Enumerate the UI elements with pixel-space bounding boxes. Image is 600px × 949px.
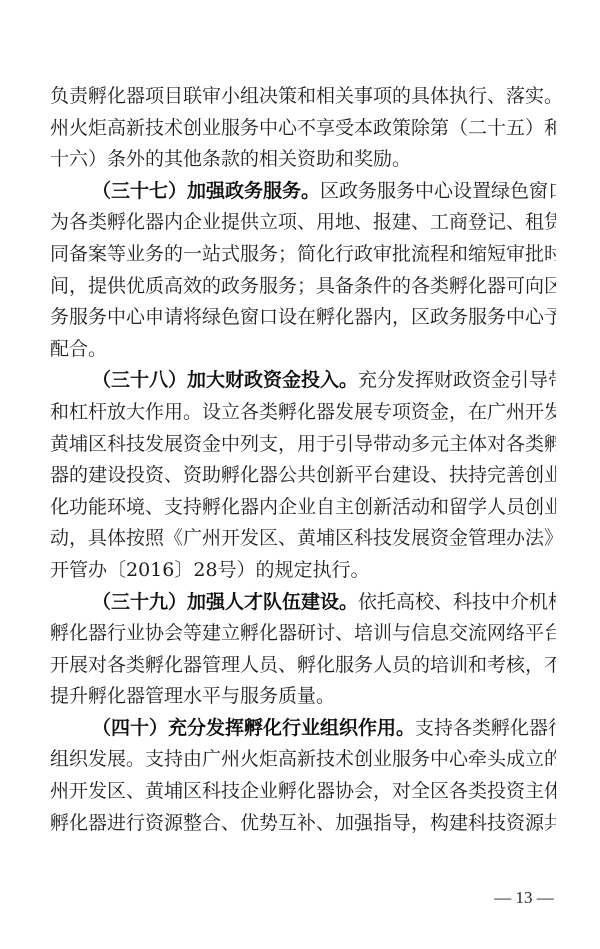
text-line: 组织发展。支持由广州火炬高新技术创业服务中心牵头成立的广: [50, 744, 556, 776]
text-line: 化功能环境、支持孵化器内企业自主创新活动和留学人员创业活: [50, 492, 556, 524]
section-37-first-line: （三十七）加强政务服务。区政务服务中心设置绿色窗口，: [50, 176, 556, 208]
section-38-text: 充分发挥财政资金引导带动: [358, 369, 556, 391]
section-40-text: 支持各类孵化器行业: [415, 717, 556, 739]
text-line: 开管办〔2016〕28号）的规定执行。: [50, 555, 556, 587]
section-heading-37: （三十七）加强政务服务。: [92, 180, 320, 202]
text-line: 和杠杆放大作用。设立各类孵化器发展专项资金，在广州开发区、: [50, 397, 556, 429]
text-line: 十六）条外的其他条款的相关资助和奖励。: [50, 144, 556, 176]
body-text: 负责孵化器项目联审小组决策和相关事项的具体执行、落实。广 州火炬高新技术创业服务…: [50, 81, 556, 839]
text-line: 配合。: [50, 334, 556, 366]
text-line: 负责孵化器项目联审小组决策和相关事项的具体执行、落实。广: [50, 81, 556, 113]
section-38-first-line: （三十八）加大财政资金投入。充分发挥财政资金引导带动: [50, 365, 556, 397]
text-line: 孵化器行业协会等建立孵化器研讨、培训与信息交流网络平台，: [50, 618, 556, 650]
document-page: 负责孵化器项目联审小组决策和相关事项的具体执行、落实。广 州火炬高新技术创业服务…: [0, 0, 600, 949]
text-line: 州开发区、黄埔区科技企业孵化器协会，对全区各类投资主体的: [50, 776, 556, 808]
section-39-text: 依托高校、科技中介机构及: [358, 591, 556, 613]
section-heading-38: （三十八）加大财政资金投入。: [92, 369, 358, 391]
text-line: 同备案等业务的一站式服务；简化行政审批流程和缩短审批时: [50, 239, 556, 271]
text-line: 提升孵化器管理水平与服务质量。: [50, 681, 556, 713]
page-number: — 13 —: [490, 888, 558, 908]
section-heading-39: （三十九）加强人才队伍建设。: [92, 591, 358, 613]
text-line: 州火炬高新技术创业服务中心不享受本政策除第（二十五）和（二: [50, 113, 556, 145]
text-line: 开展对各类孵化器管理人员、孵化服务人员的培训和考核，不断: [50, 650, 556, 682]
text-line: 为各类孵化器内企业提供立项、用地、报建、工商登记、租赁合: [50, 207, 556, 239]
section-40-first-line: （四十）充分发挥孵化行业组织作用。支持各类孵化器行业: [50, 713, 556, 745]
text-line: 务服务中心申请将绿色窗口设在孵化器内，区政务服务中心予以: [50, 302, 556, 334]
text-line: 器的建设投资、资助孵化器公共创新平台建设、扶持完善创业孵: [50, 460, 556, 492]
section-39-first-line: （三十九）加强人才队伍建设。依托高校、科技中介机构及: [50, 587, 556, 619]
section-37-text: 区政务服务中心设置绿色窗口，: [320, 180, 556, 202]
section-heading-40: （四十）充分发挥孵化行业组织作用。: [92, 717, 415, 739]
text-line: 动，具体按照《广州开发区、黄埔区科技发展资金管理办法》（穗: [50, 523, 556, 555]
text-line: 间，提供优质高效的政务服务；具备条件的各类孵化器可向区政: [50, 271, 556, 303]
text-line: 孵化器进行资源整合、优势互补、加强指导，构建科技资源共享: [50, 808, 556, 840]
text-line: 黄埔区科技发展资金中列支，用于引导带动多元主体对各类孵化: [50, 429, 556, 461]
